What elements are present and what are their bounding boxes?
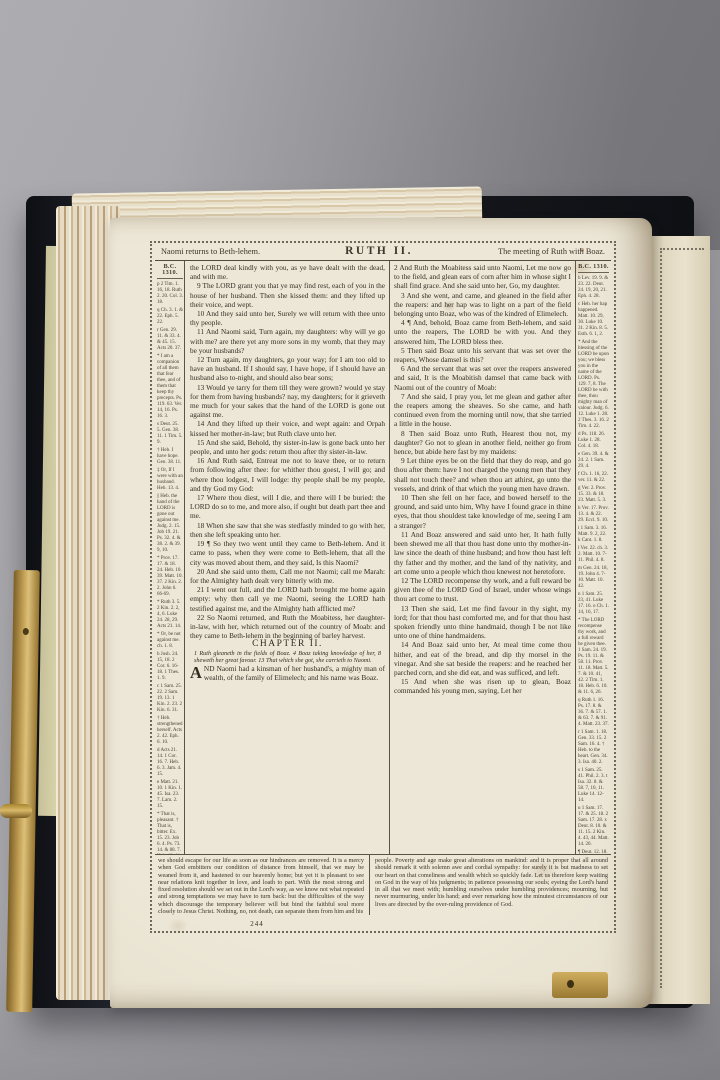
verse: 15 And when she was risen up to glean, B… [394,677,571,695]
verse: 4 ¶ And, behold, Boaz came from Beth-leh… [394,318,571,346]
verse: 12 Turn again, my daughters, go your way… [190,355,385,383]
verse: 15 And she said, Behold, thy sister-in-l… [190,438,385,456]
margin-ref: f Ch. 1. 16, 22. ver. 11. & 22. [578,472,609,484]
printed-area: Naomi returns to Beth-lehem. RUTH II. Th… [150,241,616,933]
margin-ref: b Lev. 19. 9. & 23. 22. Deut. 24. 19, 20… [578,276,609,300]
margin-ref: * And the blessing of the LORD be upon y… [578,340,609,430]
verse: 14 And they lifted up their voice, and w… [190,419,385,437]
left-text-column: the LORD deal kindly with you, as ye hav… [185,261,390,855]
margin-ref: p 2 Tim. 1. 16, 18. Ruth 2. 20. Col. 3. … [157,282,183,306]
margin-ref: g Ver. 2. Prov. 15. 33. & 18. 23. Matt. … [578,486,609,504]
chapter-summary: 1 Ruth gleaneth in the fields of Boaz. 4… [190,650,385,665]
margin-ref: ‡ Or, If I were with an husband. Heb. 13… [157,468,183,492]
verse: 16 And Ruth said, Entreat me not to leav… [190,456,385,493]
verse: 13 Would ye tarry for them till they wer… [190,383,385,420]
verse: 10 Then she fell on her face, and bowed … [394,493,571,530]
verse: 8 Then said Boaz unto Ruth, Hearest thou… [394,429,571,457]
margin-ref: q Ch. 3. 1. & 22. Eph. 5. 22. [157,308,183,326]
verse: 2 And Ruth the Moabitess said unto Naomi… [394,263,571,291]
verse: 11 And Naomi said, Turn again, my daught… [190,327,385,355]
running-head: Naomi returns to Beth-lehem. RUTH II. Th… [155,245,611,261]
margin-ref: * Or, be not against me. ch. 1. 8. [157,632,183,650]
running-head-left: Naomi returns to Beth-lehem. [161,247,260,256]
commentary-section: we should escape for our life as soon as… [155,854,611,915]
verse: 21 I went out full, and the LORD hath br… [190,585,385,613]
commentary-right: people. Poverty and age make great alter… [370,855,611,915]
margin-ref: s Deut. 25. 5. Gen. 38. 11. 1 Tim. 5. 9. [157,422,183,446]
verse: 19 ¶ So they two went until they came to… [190,539,385,567]
margin-ref: l Ver. 22. ch. 3. 2. Matt. 10. 7-11. Phi… [578,546,609,564]
margin-ref: * Prov. 17. 17. & 18. 24. Heb. 10. 39. M… [157,556,183,598]
bc-date: B.C. 1310. [157,264,183,279]
verse: 10 And they said unto her, Surely we wil… [190,309,385,327]
verse-text: ND Naomi had a kinsman of her husband's,… [204,664,385,682]
verse: AND Naomi had a kinsman of her husband's… [190,664,385,682]
facing-page-edge [644,236,710,1004]
margin-ref: s 1 Sam. 25. 41. Phil. 2. 3. t Isa. 32. … [578,768,609,804]
margin-ref: e Matt. 21. 10. 1 Kin. 1. 45. Isa. 23. 7… [157,780,183,810]
margin-ref: * Ruth 3. 5. 2 Kin. 2. 2, 4, 6. Luke 24.… [157,600,183,630]
right-text-column: 2 And Ruth the Moabitess said unto Naomi… [390,261,576,855]
verse: 18 When she saw that she was stedfastly … [190,521,385,539]
facing-page-border [660,248,662,988]
margin-ref: e Gen. 39. 4. & 24. 2. 1 Sam. 29. 4. [578,452,609,470]
page-number: 244 [227,920,287,928]
margin-ref: * I am a companion of all them that fear… [157,354,183,420]
verse: 5 Then said Boaz unto his servant that w… [394,346,571,364]
margin-ref: † Heb. I have hope. Gen. 38. 11. [157,448,183,466]
verse: the LORD deal kindly with you, as ye hav… [190,263,385,281]
margin-ref: b Josh. 24. 15, 18. 2 Cor. 6. 16-18. 1 T… [157,652,183,682]
margin-ref: r Gen. 29. 11. & 33. 4. & 45. 15. Acts 2… [157,328,183,352]
margin-ref: m Gen. 24. 18, 19. John 4. 7-10. Matt. 1… [578,566,609,590]
margin-ref: n 1 Sam. 25. 23, 41. Luke 17. 16. o Ch. … [578,592,609,616]
left-margin-references: B.C. 1310. p 2 Tim. 1. 16, 18. Ruth 2. 2… [155,261,185,855]
verse: 20 And she said unto them, Call me not N… [190,567,385,585]
verse: 12 The LORD recompense thy work, and a f… [394,576,571,604]
margin-ref: || Heb. the hand of the LORD is gone out… [157,494,183,554]
margin-ref: u 1 Sam. 17. 17. & 25. 18. 2 Sam. 17. 28… [578,806,609,848]
verse: 3 And she went, and came, and gleaned in… [394,291,571,319]
text-columns: B.C. 1310. p 2 Tim. 1. 16, 18. Ruth 2. 2… [155,261,611,855]
margin-ref: r 1 Sam. 1. 18. Gen. 33. 15. 2 Sam. 16. … [578,730,609,766]
running-head-right: The meeting of Ruth with Boaz. [498,247,605,256]
verse: 13 Then she said, Let me find favour in … [394,604,571,641]
margin-ref: c 1 Sam. 25. 22. 2 Sam. 19. 13. 1 Kin. 2… [157,684,183,714]
margin-ref: d Ps. 118. 26. Luke 1. 28. Col. 4. 18. [578,432,609,450]
margin-ref: q Ruth 1. 16. Ps. 17. 8. & 36. 7. & 57. … [578,698,609,728]
verse: 6 And the servant that was set over the … [394,364,571,392]
margin-ref: * That is, pleasant. † That is, bitter. … [157,812,183,855]
bc-date: B.C. 1310. [578,264,609,273]
verse: 14 And Boaz said unto her, At meal time … [394,640,571,677]
verse: 9 Let thine eyes be on the field that th… [394,456,571,493]
commentary-left: we should escape for our life as soon as… [155,855,370,915]
margin-ref: c Heb. her hap happened. Matt. 10. 29, 3… [578,302,609,338]
brass-clasp-bottom [552,972,608,998]
verse: 17 Where thou diest, will I die, and the… [190,493,385,521]
bible-page: Naomi returns to Beth-lehem. RUTH II. Th… [110,218,652,1008]
verse: 7 And she said, I pray you, let me glean… [394,392,571,429]
margin-ref: i 1 Sam. 3. 16. Matt. 9. 2, 22. k Cant. … [578,526,609,544]
margin-ref: d Acts 21. 14. 1 Cor. 16. 7. Heb. 6. 3. … [157,748,183,778]
verse: 9 The LORD grant you that ye may find re… [190,281,385,309]
drop-cap: A [190,664,204,680]
margin-ref: h Ver. 17. Prov. 13. 4. & 22. 29. Eccl. … [578,506,609,524]
margin-ref: * The LORD recompense thy work, and a fu… [578,618,609,696]
verse: 22 So Naomi returned, and Ruth the Moabi… [190,613,385,641]
chapter-heading: CHAPTER II. [190,640,385,649]
verse: 11 And Boaz answered and said unto her, … [394,530,571,576]
right-margin-references: B.C. 1310. b Lev. 19. 9. & 23. 22. Deut.… [576,261,611,855]
page-title: RUTH II. [345,245,413,257]
margin-ref: † Heb. strengthened herself. Acts 2. 42.… [157,716,183,746]
brass-clasp-pin [0,804,32,818]
